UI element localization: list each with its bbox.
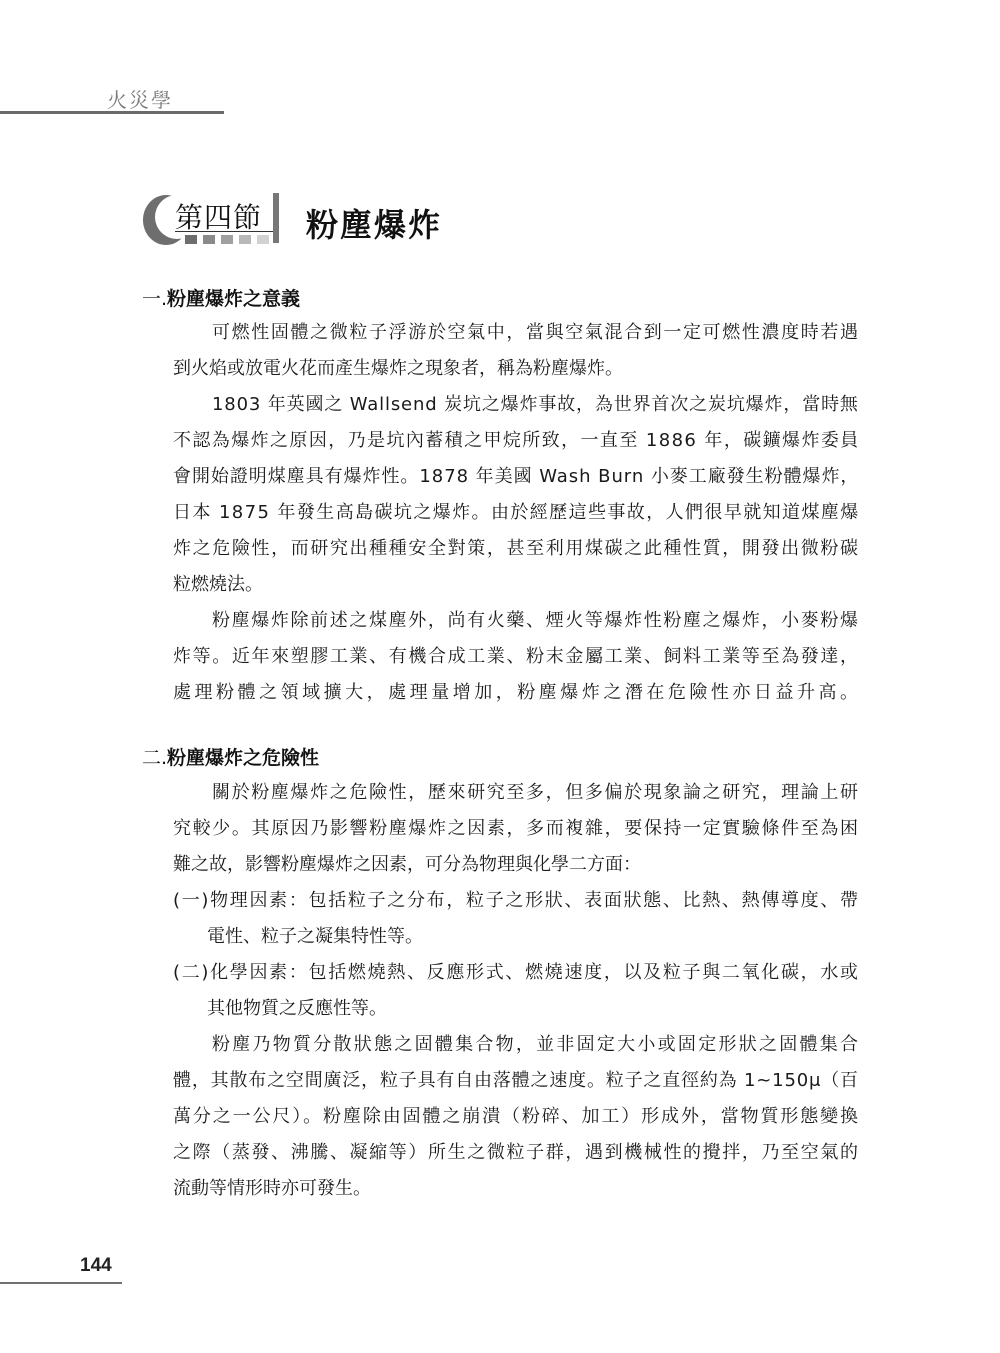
text-line: 難之故，影響粉塵爆炸之因素，可分為物理與化學二方面： [173, 854, 641, 876]
page-number: 144 [80, 1255, 112, 1277]
text-line: 粒燃燒法。 [173, 574, 263, 596]
text-line: 萬分之一公尺）。粉塵除由固體之崩潰（粉碎、加工）形成外，當物質形態變換 [173, 1106, 860, 1128]
text-line: 可燃性固體之微粒子浮游於空氣中，當與空氣混合到一定可燃性濃度時若遇 [212, 322, 860, 344]
text-line: 會開始證明煤塵具有爆炸性。1878 年美國 Wash Burn 小麥工廠發生粉體… [173, 466, 859, 488]
text-line: 炸之危險性，而研究出種種安全對策，甚至利用煤碳之此種性質，開發出微粉碳 [173, 538, 860, 560]
running-head: 火災學 [107, 84, 173, 113]
text-line: 粉塵爆炸除前述之煤塵外，尚有火藥、煙火等爆炸性粉塵之爆炸，小麥粉爆 [212, 610, 860, 632]
text-line: 流動等情形時亦可發生。 [173, 1178, 371, 1200]
section-title: 粉塵爆炸 [306, 200, 442, 246]
header-rule [0, 111, 224, 114]
text-line: 炸等。近年來塑膠工業、有機合成工業、粉末金屬工業、飼料工業等至為發達， [173, 646, 860, 668]
text-line: 日本 1875 年發生高島碳坑之爆炸。由於經歷這些事故，人們很早就知道煤塵爆 [173, 502, 860, 524]
heading-number: 一. [142, 288, 167, 310]
text-line: 關於粉塵爆炸之危險性，歷來研究至多，但多偏於現象論之研究，理論上研 [212, 782, 860, 804]
section-badge: 第四節 [143, 193, 293, 249]
badge-underline [175, 231, 275, 232]
text-line: 處理粉體之領域擴大，處理量增加，粉塵爆炸之潛在危險性亦日益升高。 [173, 682, 862, 704]
text-line: 到火焰或放電火花而產生爆炸之現象者，稱為粉塵爆炸。 [173, 358, 623, 380]
section-number-label: 第四節 [175, 196, 262, 236]
square-icon [221, 235, 233, 244]
heading-1: 一.粉塵爆炸之意義 [142, 284, 300, 311]
text-line: 電性、粒子之凝集特性等。 [207, 926, 423, 948]
text-line: (一)物理因素：包括粒子之分布，粒子之形狀、表面狀態、比熱、熱傳導度、帶 [173, 890, 860, 912]
heading-text: 粉塵爆炸之危險性 [167, 747, 319, 769]
text-line: 體，其散布之空間廣泛，粒子具有自由落體之速度。粒子之直徑約為 1~150μ（百 [173, 1070, 859, 1092]
text-line: 不認為爆炸之原因，乃是坑內蓄積之甲烷所致，一直至 1886 年，碳鑛爆炸委員 [173, 430, 860, 452]
text-line: 粉塵乃物質分散狀態之固體集合物，並非固定大小或固定形狀之固體集合 [212, 1034, 860, 1056]
text-line: 之際（蒸發、沸騰、凝縮等）所生之微粒子群，遇到機械性的攪拌，乃至空氣的 [173, 1142, 860, 1164]
square-icon [203, 235, 215, 244]
heading-text: 粉塵爆炸之意義 [167, 288, 300, 310]
text-line: (二)化學因素：包括燃燒熱、反應形式、燃燒速度，以及粒子與二氧化碳，水或 [173, 962, 860, 984]
text-line: 1803 年英國之 Wallsend 炭坑之爆炸事故，為世界首次之炭坑爆炸，當時… [212, 394, 859, 416]
text-line: 其他物質之反應性等。 [207, 998, 387, 1020]
square-icon [185, 235, 197, 244]
badge-squares [185, 235, 269, 244]
heading-2: 二.粉塵爆炸之危險性 [142, 743, 319, 770]
text-line: 究較少。其原因乃影響粉塵爆炸之因素，多而複雜，要保持一定實驗條件至為困 [173, 818, 860, 840]
square-icon [239, 235, 251, 244]
square-icon [257, 235, 269, 244]
heading-number: 二. [142, 747, 167, 769]
badge-bar [273, 193, 279, 243]
footer-rule [0, 1282, 122, 1284]
